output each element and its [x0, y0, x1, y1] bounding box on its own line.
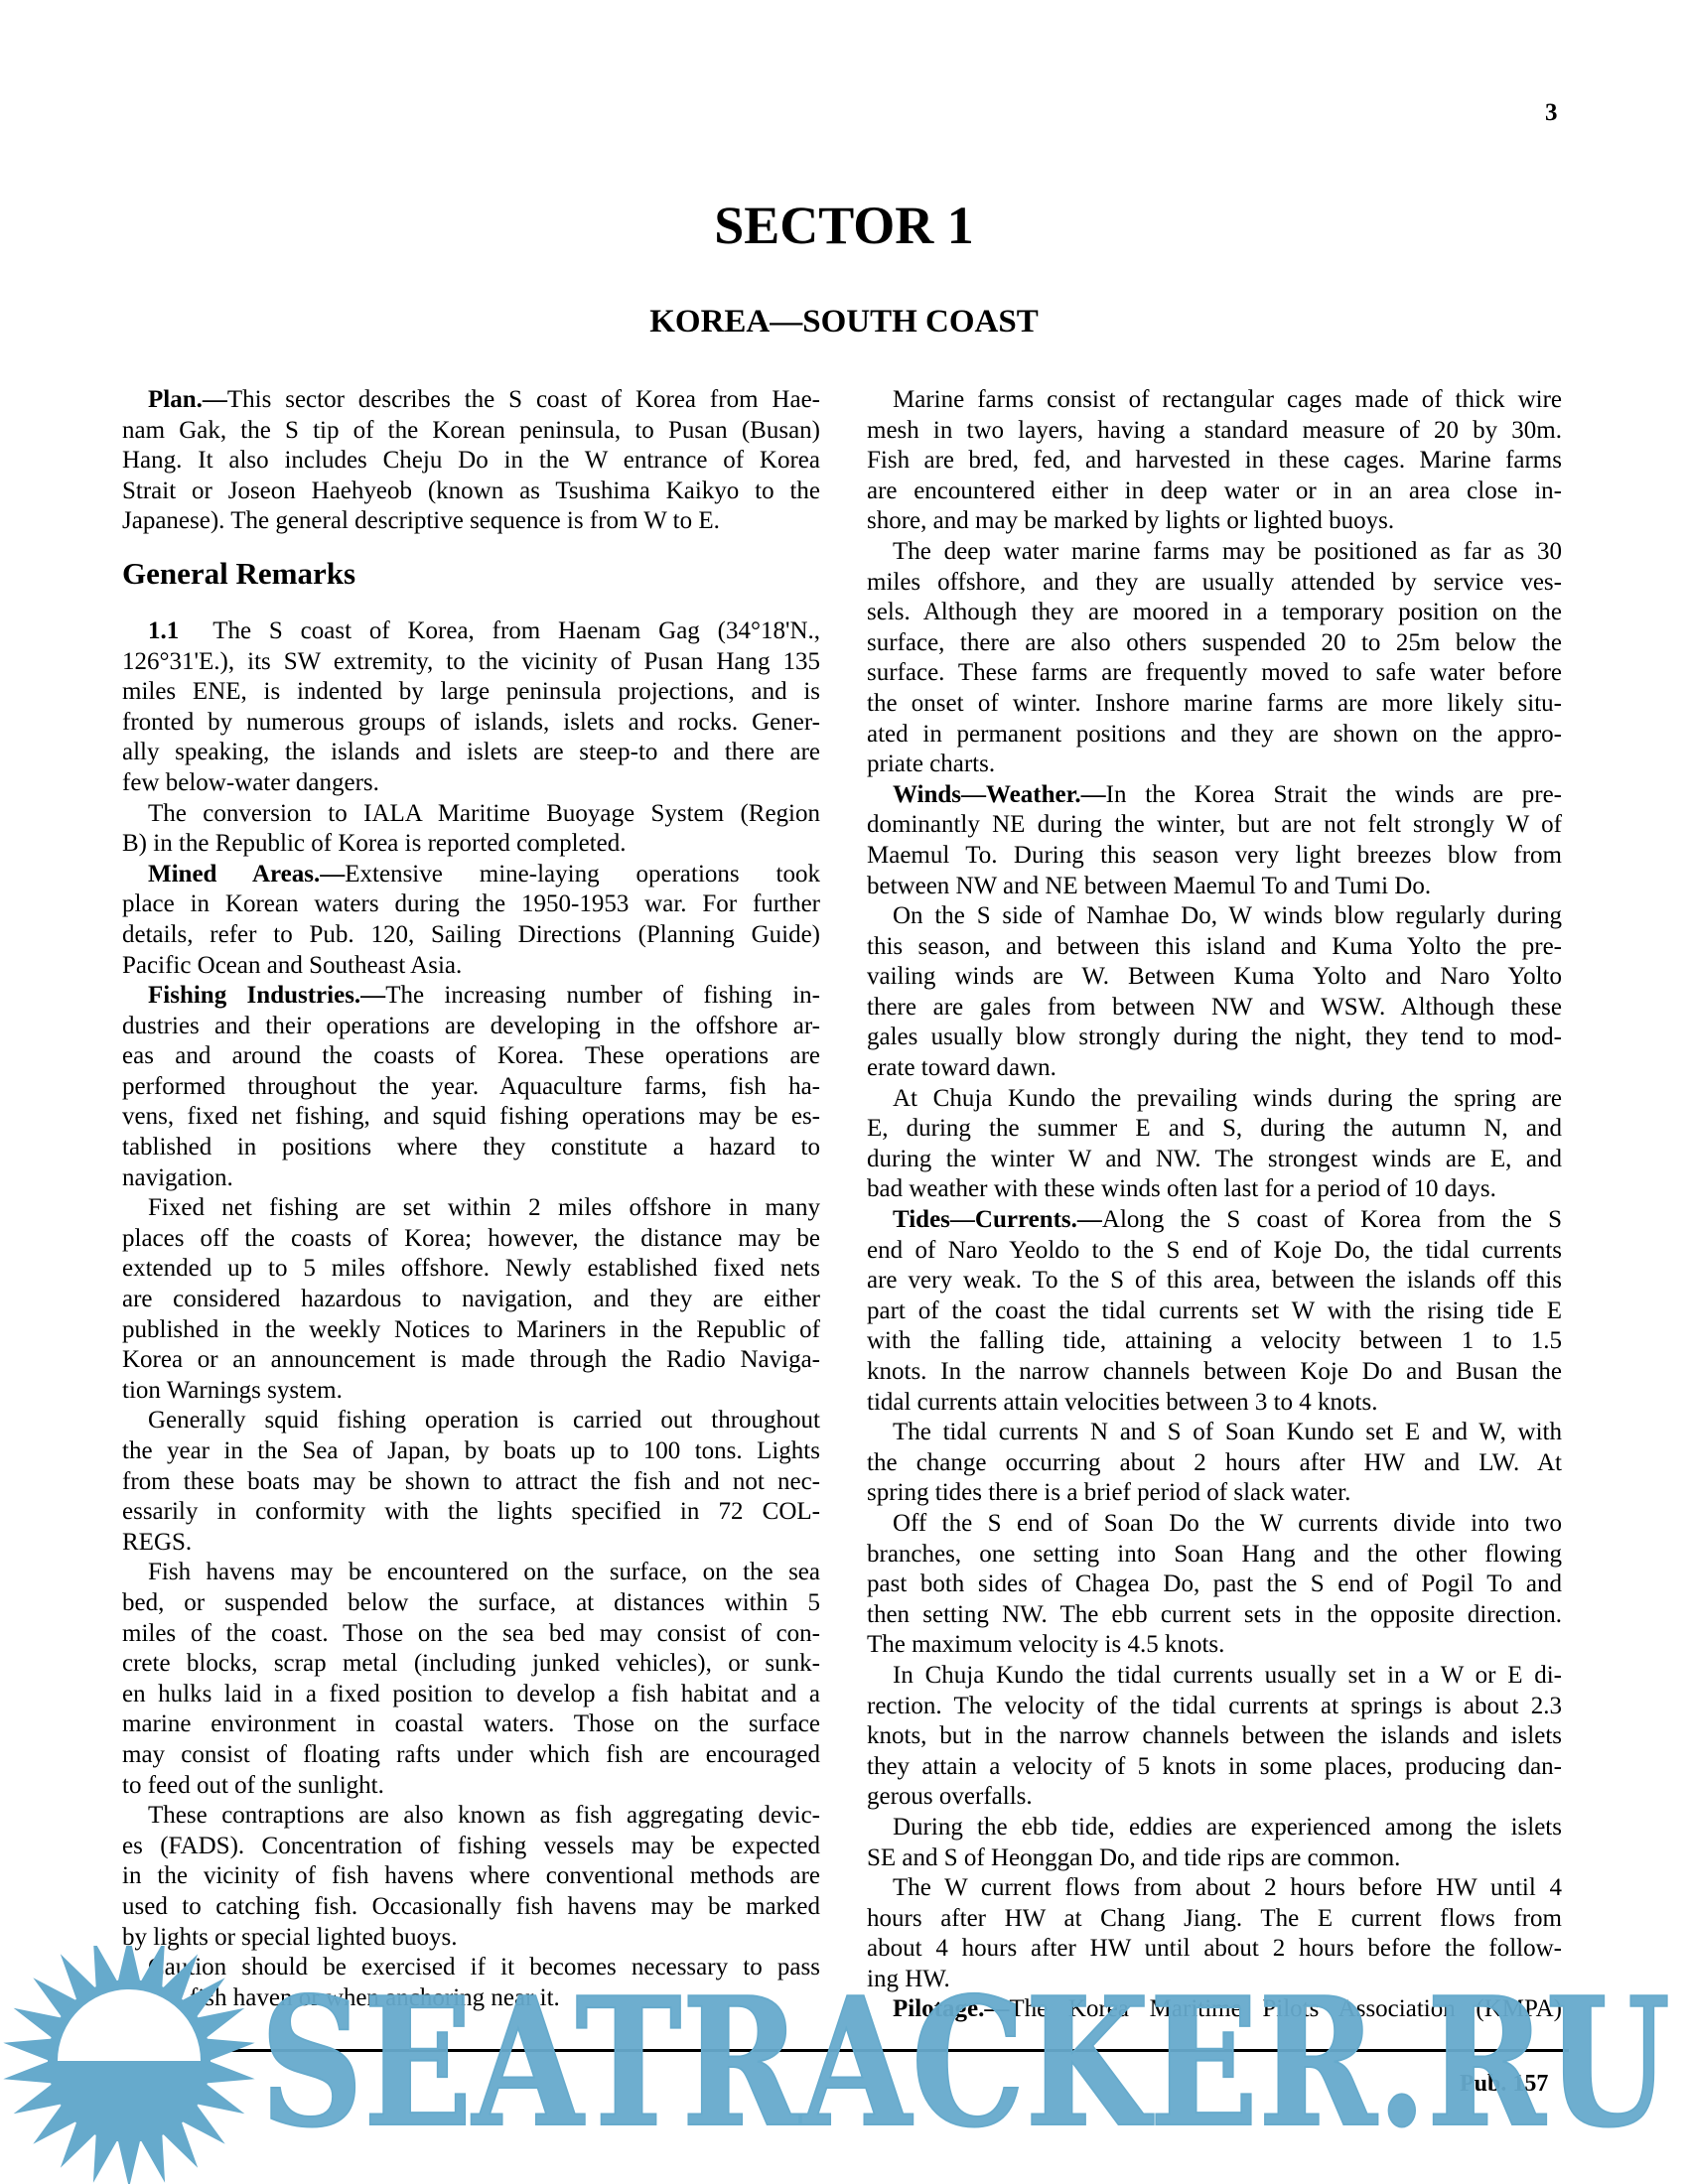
mined-areas-paragraph: Mined Areas.—Extensive mine-laying opera…: [122, 860, 820, 981]
run-in-heading: Pilotage.—: [893, 1995, 1009, 2022]
chuja-currents-paragraph: In Chuja Kundo the tidal currents usuall…: [867, 1661, 1562, 1813]
text-line: dustries and their operations are develo…: [122, 1012, 820, 1042]
text-line: dominantly NE during the winter, but are…: [867, 810, 1562, 841]
text-line: bad weather with these winds often last …: [867, 1174, 1562, 1205]
text-line: Pilotage.—The Korea Maritime Pilots Asso…: [867, 1994, 1562, 2025]
caution-paragraph: Caution should be exercised if it become…: [122, 1953, 820, 2013]
text-line: The W current flows from about 2 hours b…: [867, 1873, 1562, 1904]
text-line: during the winter W and NW. The stronges…: [867, 1145, 1562, 1175]
text-line: 1.1The S coast of Korea, from Haenam Gag…: [122, 616, 820, 647]
text-line: marine environment in coastal waters. Th…: [122, 1709, 820, 1740]
text-line: from these boats may be shown to attract…: [122, 1467, 820, 1498]
run-in-heading: Mined Areas.—: [148, 861, 345, 887]
text-line: en hulks laid in a fixed position to dev…: [122, 1680, 820, 1710]
text-line: performed throughout the year. Aquacultu…: [122, 1072, 820, 1103]
text-line: Korea or an announcement is made through…: [122, 1345, 820, 1376]
right-column: Marine farms consist of rectangular cage…: [867, 385, 1562, 2025]
text-line: Fixed net fishing are set within 2 miles…: [122, 1193, 820, 1224]
text-line: part of the coast the tidal currents set…: [867, 1297, 1562, 1327]
text-line: 126°31'E.), its SW extremity, to the vic…: [122, 647, 820, 678]
text-line: rection. The velocity of the tidal curre…: [867, 1692, 1562, 1722]
namhae-paragraph: On the S side of Namhae Do, W winds blow…: [867, 901, 1562, 1084]
text-line: few below-water dangers.: [122, 768, 820, 799]
text-line: hours after HW at Chang Jiang. The E cur…: [867, 1904, 1562, 1935]
fixed-net-paragraph: Fixed net fishing are set within 2 miles…: [122, 1193, 820, 1406]
text-line: nam Gak, the S tip of the Korean peninsu…: [122, 416, 820, 447]
text-line: At Chuja Kundo the prevailing winds duri…: [867, 1084, 1562, 1115]
text-line: vailing winds are W. Between Kuma Yolto …: [867, 962, 1562, 993]
text-line: knots. In the narrow channels between Ko…: [867, 1357, 1562, 1388]
text-line: in the vicinity of fish havens where con…: [122, 1861, 820, 1892]
text-line: Mined Areas.—Extensive mine-laying opera…: [122, 860, 820, 890]
text-line: Tides—Currents.—Along the S coast of Kor…: [867, 1205, 1562, 1236]
text-line: mesh in two layers, having a standard me…: [867, 416, 1562, 447]
text-line: tablished in positions where they consti…: [122, 1133, 820, 1163]
text-line: ing HW.: [867, 1965, 1562, 1995]
deep-water-paragraph: The deep water marine farms may be posit…: [867, 537, 1562, 780]
text-line: miles of the coast. Those on the sea bed…: [122, 1619, 820, 1650]
text-line: over a fish haven or when anchoring near…: [122, 1983, 820, 2014]
squid-paragraph: Generally squid fishing operation is car…: [122, 1406, 820, 1558]
text-line: fronted by numerous groups of islands, i…: [122, 708, 820, 739]
text-line: ated in permanent positions and they are…: [867, 720, 1562, 751]
text-line: The conversion to IALA Maritime Buoyage …: [122, 799, 820, 830]
text-line: published in the weekly Notices to Marin…: [122, 1315, 820, 1346]
text-line: spring tides there is a brief period of …: [867, 1478, 1562, 1509]
text-line: During the ebb tide, eddies are experien…: [867, 1813, 1562, 1843]
text-line: used to catching fish. Occasionally fish…: [122, 1892, 820, 1923]
paragraph-1-1: 1.1The S coast of Korea, from Haenam Gag…: [122, 616, 820, 799]
text-line: places off the coasts of Korea; however,…: [122, 1224, 820, 1255]
text-line: are encountered either in deep water or …: [867, 477, 1562, 507]
text-line: erate toward dawn.: [867, 1053, 1562, 1084]
text-line: tion Warnings system.: [122, 1376, 820, 1407]
footer-rule: [121, 2049, 1569, 2052]
text-line: Strait or Joseon Haehyeob (known as Tsus…: [122, 477, 820, 507]
sector-subtitle: KOREA—SOUTH COAST: [0, 304, 1688, 341]
soan-kundo-paragraph: The tidal currents N and S of Soan Kundo…: [867, 1418, 1562, 1509]
text-line: this season, and between this island and…: [867, 932, 1562, 963]
marine-farms-paragraph: Marine farms consist of rectangular cage…: [867, 385, 1562, 537]
text-line: Fish are bred, fed, and harvested in the…: [867, 446, 1562, 477]
text-line: The tidal currents N and S of Soan Kundo…: [867, 1418, 1562, 1448]
w-current-paragraph: The W current flows from about 2 hours b…: [867, 1873, 1562, 1994]
text-line: surface. These farms are frequently move…: [867, 658, 1562, 689]
run-in-heading: Fishing Industries.—: [148, 982, 385, 1009]
text-line: miles ENE, is indented by large peninsul…: [122, 677, 820, 708]
text-line: may consist of floating rafts under whic…: [122, 1740, 820, 1771]
text-line: These contraptions are also known as fis…: [122, 1801, 820, 1832]
text-line: gales usually blow strongly during the n…: [867, 1023, 1562, 1053]
text-line: extended up to 5 miles offshore. Newly e…: [122, 1254, 820, 1285]
footer-publication: Pub. 157: [1460, 2071, 1548, 2098]
text-line: essarily in conformity with the lights s…: [122, 1497, 820, 1528]
text-line: Caution should be exercised if it become…: [122, 1953, 820, 1983]
text-line: crete blocks, scrap metal (including jun…: [122, 1649, 820, 1680]
run-in-heading: Tides—Currents.—: [893, 1206, 1102, 1233]
soan-do-paragraph: Off the S end of Soan Do the W currents …: [867, 1509, 1562, 1661]
text-line: Off the S end of Soan Do the W currents …: [867, 1509, 1562, 1540]
text-line: to feed out of the sunlight.: [122, 1771, 820, 1802]
text-line: surface, there are also others suspended…: [867, 628, 1562, 659]
text-line: B) in the Republic of Korea is reported …: [122, 829, 820, 860]
plan-paragraph: Plan.—This sector describes the S coast …: [122, 385, 820, 537]
page-number: 3: [1545, 99, 1558, 127]
ebb-tide-paragraph: During the ebb tide, eddies are experien…: [867, 1813, 1562, 1873]
text-line: the year in the Sea of Japan, by boats u…: [122, 1436, 820, 1467]
text-line: Plan.—This sector describes the S coast …: [122, 385, 820, 416]
chuja-winds-paragraph: At Chuja Kundo the prevailing winds duri…: [867, 1084, 1562, 1205]
iala-paragraph: The conversion to IALA Maritime Buoyage …: [122, 799, 820, 860]
text-line: REGS.: [122, 1528, 820, 1559]
text-line: are considered hazardous to navigation, …: [122, 1285, 820, 1315]
text-line: there are gales from between NW and WSW.…: [867, 993, 1562, 1024]
text-line: end of Naro Yeoldo to the S end of Koje …: [867, 1236, 1562, 1267]
text-line: es (FADS). Concentration of fishing vess…: [122, 1832, 820, 1862]
run-in-heading: Winds—Weather.—: [893, 781, 1106, 808]
pilotage-paragraph: Pilotage.—The Korea Maritime Pilots Asso…: [867, 1994, 1562, 2025]
text-line: On the S side of Namhae Do, W winds blow…: [867, 901, 1562, 932]
text-line: then setting NW. The ebb current sets in…: [867, 1600, 1562, 1631]
text-line: Hang. It also includes Cheju Do in the W…: [122, 446, 820, 477]
text-line: gerous overfalls.: [867, 1782, 1562, 1813]
text-line: Maemul To. During this season very light…: [867, 841, 1562, 872]
text-line: shore, and may be marked by lights or li…: [867, 506, 1562, 537]
text-line: Generally squid fishing operation is car…: [122, 1406, 820, 1436]
paragraph-number: 1.1: [148, 617, 179, 644]
section-heading-general-remarks: General Remarks: [122, 559, 820, 589]
text-line: details, refer to Pub. 120, Sailing Dire…: [122, 920, 820, 951]
text-line: about 4 hours after HW until about 2 hou…: [867, 1934, 1562, 1965]
fads-paragraph: These contraptions are also known as fis…: [122, 1801, 820, 1953]
text-line: Marine farms consist of rectangular cage…: [867, 385, 1562, 416]
text-line: Fishing Industries.—The increasing numbe…: [122, 981, 820, 1012]
text-line: ally speaking, the islands and islets ar…: [122, 738, 820, 768]
text-line: Pacific Ocean and Southeast Asia.: [122, 951, 820, 982]
text-line: they attain a velocity of 5 knots in som…: [867, 1752, 1562, 1783]
text-line: miles offshore, and they are usually att…: [867, 568, 1562, 599]
text-line: SE and S of Heonggan Do, and tide rips a…: [867, 1843, 1562, 1874]
winds-weather-paragraph: Winds—Weather.—In the Korea Strait the w…: [867, 780, 1562, 901]
text-line: navigation.: [122, 1163, 820, 1194]
text-line: between NW and NE between Maemul To and …: [867, 872, 1562, 902]
run-in-heading: Plan.—: [148, 386, 227, 413]
tides-currents-paragraph: Tides—Currents.—Along the S coast of Kor…: [867, 1205, 1562, 1418]
text-line: eas and around the coasts of Korea. Thes…: [122, 1041, 820, 1072]
text-line: place in Korean waters during the 1950-1…: [122, 889, 820, 920]
text-line: In Chuja Kundo the tidal currents usuall…: [867, 1661, 1562, 1692]
text-line: branches, one setting into Soan Hang and…: [867, 1540, 1562, 1570]
text-line: by lights or special lighted buoys.: [122, 1923, 820, 1954]
text-line: past both sides of Chagea Do, past the S…: [867, 1570, 1562, 1600]
text-line: Winds—Weather.—In the Korea Strait the w…: [867, 780, 1562, 811]
fishing-industries-paragraph: Fishing Industries.—The increasing numbe…: [122, 981, 820, 1193]
fish-havens-paragraph: Fish havens may be encountered on the su…: [122, 1558, 820, 1801]
text-line: The maximum velocity is 4.5 knots.: [867, 1630, 1562, 1661]
text-line: the change occurring about 2 hours after…: [867, 1448, 1562, 1479]
sector-title: SECTOR 1: [0, 195, 1688, 256]
text-line: Japanese). The general descriptive seque…: [122, 506, 820, 537]
text-line: Fish havens may be encountered on the su…: [122, 1558, 820, 1588]
text-line: are very weak. To the S of this area, be…: [867, 1266, 1562, 1297]
text-line: the onset of winter. Inshore marine farm…: [867, 689, 1562, 720]
text-line: sels. Although they are moored in a temp…: [867, 598, 1562, 628]
text-line: E, during the summer E and S, during the…: [867, 1114, 1562, 1145]
text-line: knots, but in the narrow channels betwee…: [867, 1721, 1562, 1752]
left-column: Plan.—This sector describes the S coast …: [122, 385, 820, 2013]
text-line: bed, or suspended below the surface, at …: [122, 1588, 820, 1619]
text-line: with the falling tide, attaining a veloc…: [867, 1326, 1562, 1357]
text-line: The deep water marine farms may be posit…: [867, 537, 1562, 568]
text-line: tidal currents attain velocities between…: [867, 1388, 1562, 1419]
text-line: vens, fixed net fishing, and squid fishi…: [122, 1102, 820, 1133]
text-line: priate charts.: [867, 750, 1562, 780]
